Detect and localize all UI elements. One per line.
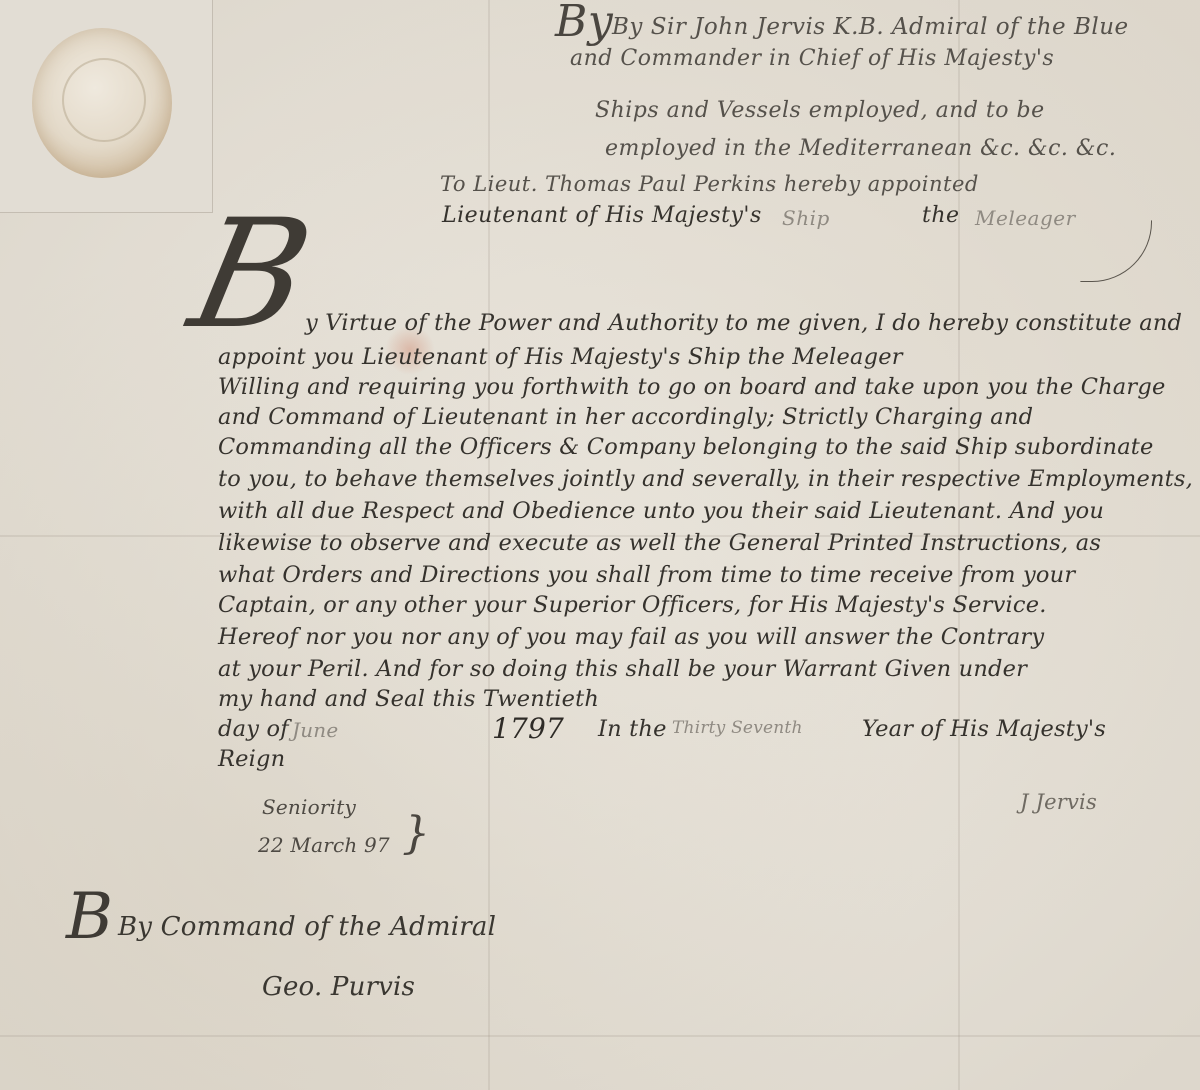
position-prefix: Lieutenant of His Majesty's <box>442 203 762 228</box>
body-line: what Orders and Directions you shall fro… <box>218 562 1075 588</box>
decorative-initial: B <box>180 200 322 350</box>
command-line: By Command of the Admiral <box>118 912 496 942</box>
command-initial: B <box>66 880 113 954</box>
date-month: June <box>292 718 338 742</box>
seal-icon <box>32 28 172 178</box>
document-page: By By Sir John Jervis K.B. Admiral of th… <box>0 0 1200 1090</box>
fold-crease <box>0 1035 1200 1037</box>
body-line: with all due Respect and Obedience unto … <box>218 498 1104 524</box>
body-line: Willing and requiring you forthwith to g… <box>218 374 1165 400</box>
appointee-line: To Lieut. Thomas Paul Perkins hereby app… <box>440 172 979 196</box>
regnal-prefix: In the <box>598 716 667 742</box>
seniority-date: 22 March 97 <box>258 833 390 857</box>
body-line: appoint you Lieutenant of His Majesty's … <box>218 344 903 370</box>
body-line: likewise to observe and execute as well … <box>218 530 1101 556</box>
header-line: By Sir John Jervis K.B. Admiral of the B… <box>612 14 1129 40</box>
ship-word: Ship <box>782 206 830 230</box>
ship-name: Meleager <box>975 206 1076 230</box>
seniority-label: Seniority <box>262 795 356 819</box>
body-line: Commanding all the Officers & Company be… <box>218 434 1154 460</box>
date-year: 1797 <box>492 712 564 745</box>
secretary-signature: Geo. Purvis <box>262 972 415 1002</box>
date-prefix: day of <box>218 716 289 742</box>
body-line: Captain, or any other your Superior Offi… <box>218 592 1047 618</box>
body-line: y Virtue of the Power and Authority to m… <box>305 310 1182 336</box>
header-line: employed in the Mediterranean &c. &c. &c… <box>605 136 1116 161</box>
seal-area <box>0 0 213 213</box>
regnal-suffix: Year of His Majesty's <box>862 716 1106 742</box>
brace-mark: } <box>402 808 430 859</box>
body-line: my hand and Seal this Twentieth <box>218 686 599 712</box>
body-line: and Command of Lieutenant in her accordi… <box>218 404 1033 430</box>
the-word: the <box>922 203 960 228</box>
body-line: at your Peril. And for so doing this sha… <box>218 656 1027 682</box>
body-line: Hereof nor you nor any of you may fail a… <box>218 624 1044 650</box>
header-by: By <box>555 0 613 47</box>
regnal-year: Thirty Seventh <box>672 718 803 738</box>
reign: Reign <box>218 746 285 772</box>
header-line: and Commander in Chief of His Majesty's <box>570 46 1054 71</box>
header-line: Ships and Vessels employed, and to be <box>595 98 1045 123</box>
flourish <box>1080 220 1152 282</box>
signature: J Jervis <box>1020 790 1097 814</box>
body-line: to you, to behave themselves jointly and… <box>218 466 1193 492</box>
